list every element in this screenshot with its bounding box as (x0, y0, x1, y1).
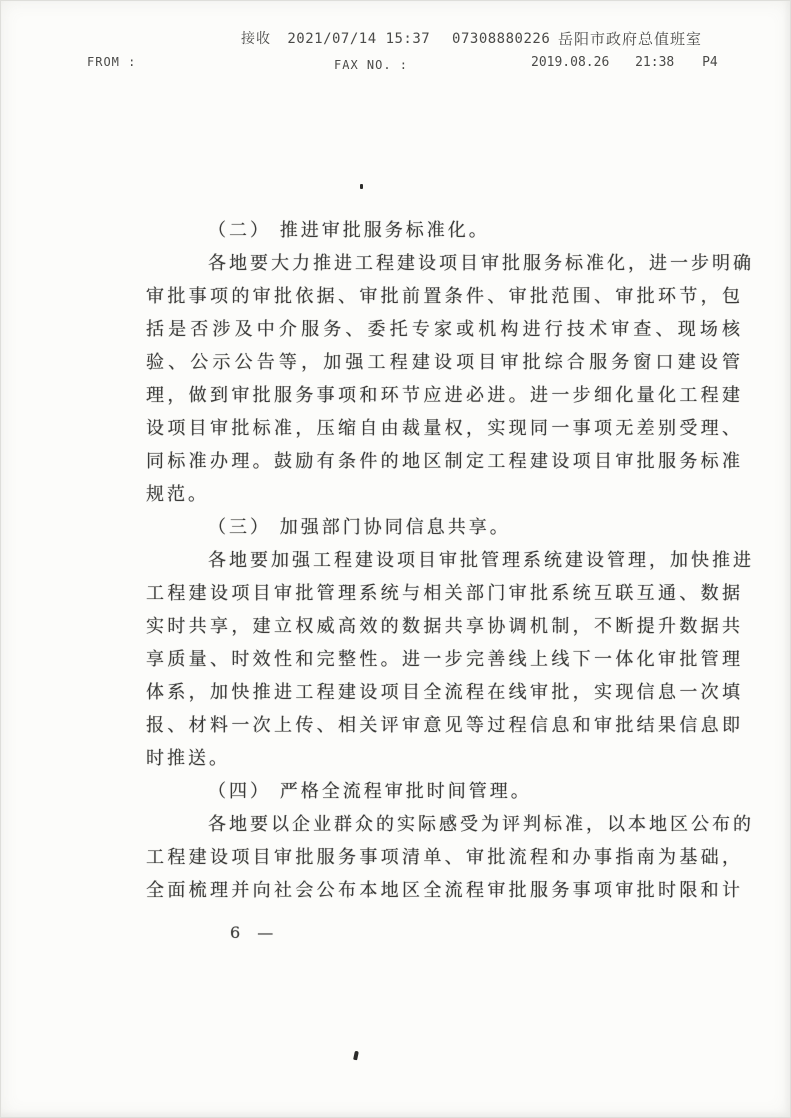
body-line: 工程建设项目审批服务事项清单、审批流程和办事指南为基础， (146, 841, 743, 874)
body-line: 全面梳理并向社会公布本地区全流程审批服务事项审批时限和计 (146, 874, 743, 907)
receive-fax-id: 07308880226 (452, 31, 550, 47)
document-body: （二） 推进审批服务标准化。 各地要大力推进工程建设项目审批服务标准化，进一步明… (146, 214, 743, 949)
body-line: 各地要加强工程建设项目审批管理系统建设管理，加快推进 (146, 544, 743, 577)
body-line: 实时共享，建立权威高效的数据共享协调机制，不断提升数据共 (146, 610, 743, 643)
page-number: 6 — (146, 916, 743, 949)
body-line: 工程建设项目审批管理系统与相关部门审批系统互联互通、数据 (146, 577, 743, 610)
receive-datetime: 2021/07/14 15:37 (287, 31, 430, 47)
fax-no-label: FAX NO. : (334, 58, 408, 72)
body-line: 审批事项的审批依据、审批前置条件、审批范围、审批环节，包 (146, 280, 743, 313)
body-line: 验、公示公告等，加强工程建设项目审批综合服务窗口建设管 (146, 346, 743, 379)
scanned-fax-page: 接收 2021/07/14 15:37 07308880226 岳阳市政府总值班… (0, 0, 791, 1118)
ink-speck (353, 1051, 359, 1061)
sent-date: 2019.08.26 (531, 55, 609, 70)
section-heading-3: （三） 加强部门协同信息共享。 (146, 511, 743, 544)
fax-receive-stamp: 接收 2021/07/14 15:37 07308880226 (241, 28, 550, 48)
body-line: 体系，加快推进工程建设项目全流程在线审批，实现信息一次填 (146, 676, 743, 709)
section-heading-2: （二） 推进审批服务标准化。 (146, 214, 743, 247)
section-heading-4: （四） 严格全流程审批时间管理。 (146, 775, 743, 808)
sent-page-code: P4 (702, 55, 718, 70)
sent-time: 21:38 (635, 55, 674, 70)
fax-sent-stamp: 2019.08.26 21:38 P4 (531, 55, 718, 70)
body-line: 括是否涉及中介服务、委托专家或机构进行技术审查、现场核 (146, 313, 743, 346)
from-label: FROM : (87, 55, 136, 69)
body-line: 理，做到审批服务事项和环节应进必进。进一步细化量化工程建 (146, 379, 743, 412)
receiving-office-name: 岳阳市政府总值班室 (558, 28, 702, 49)
fax-header: 接收 2021/07/14 15:37 07308880226 岳阳市政府总值班… (1, 1, 790, 81)
body-line: 报、材料一次上传、相关评审意见等过程信息和审批结果信息即 (146, 709, 743, 742)
body-line: 设项目审批标准，压缩自由裁量权，实现同一事项无差别受理、 (146, 412, 743, 445)
ink-speck (360, 184, 363, 189)
body-line: 享质量、时效性和完整性。进一步完善线上线下一体化审批管理 (146, 643, 743, 676)
body-line: 各地要大力推进工程建设项目审批服务标准化，进一步明确 (146, 247, 743, 280)
receive-label: 接收 (241, 31, 271, 47)
body-line: 各地要以企业群众的实际感受为评判标准，以本地区公布的 (146, 808, 743, 841)
body-line: 时推送。 (146, 742, 743, 775)
body-line: 规范。 (146, 478, 743, 511)
body-line: 同标准办理。鼓励有条件的地区制定工程建设项目审批服务标准 (146, 445, 743, 478)
